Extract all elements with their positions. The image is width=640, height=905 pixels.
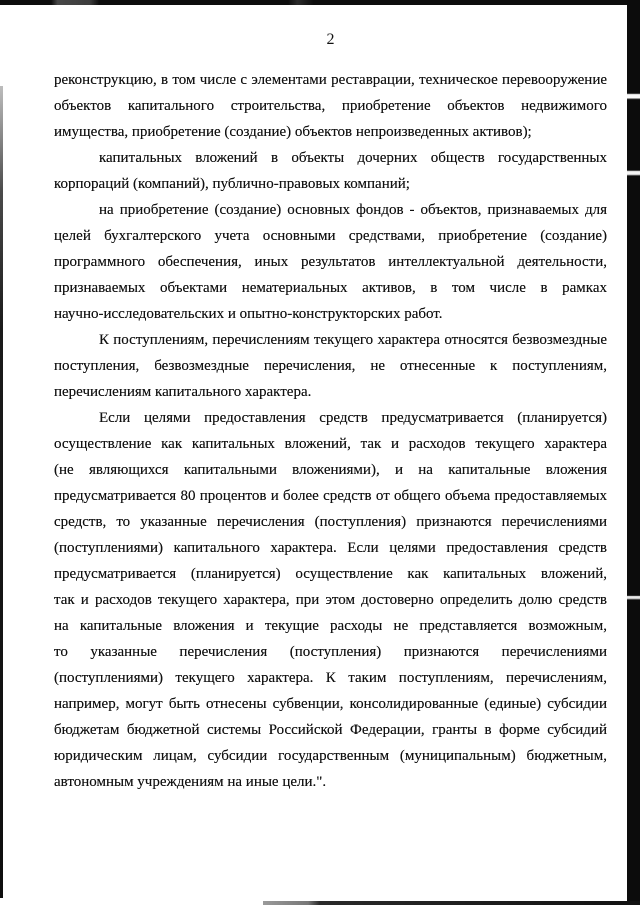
text-line: объектов капитального строительства, при… [54, 93, 607, 119]
paragraph: К поступлениям, перечислениям текущего х… [54, 327, 607, 405]
scan-edge-top [0, 0, 640, 5]
text-line: целей бухгалтерского учета основными сре… [54, 223, 607, 249]
text-line: научно-исследовательских и опытно-констр… [54, 301, 607, 327]
text-line: бюджетам бюджетной системы Российской Фе… [54, 717, 607, 743]
text-line: (поступлениями) капитального характера. … [54, 535, 607, 561]
text-line: имущества, приобретение (создание) объек… [54, 119, 607, 145]
text-line: то указанные перечисления (поступления) … [54, 639, 607, 665]
text-line: корпораций (компаний), публично-правовых… [54, 171, 607, 197]
text-line: (поступлениями) текущего характера. К та… [54, 665, 607, 691]
scan-edge-right [627, 0, 640, 905]
text-line: средств, то указанные перечисления (пост… [54, 509, 607, 535]
text-line: Если целями предоставления средств преду… [54, 405, 607, 431]
text-line: капитальных вложений в объекты дочерних … [54, 145, 607, 171]
document-body: реконструкцию, в том числе с элементами … [54, 67, 607, 795]
paragraph: Если целями предоставления средств преду… [54, 405, 607, 795]
text-line: поступления, безвозмездные перечисления,… [54, 353, 607, 379]
text-line: например, могут быть отнесены субвенции,… [54, 691, 607, 717]
scan-edge-left [0, 86, 3, 898]
text-line: реконструкцию, в том числе с элементами … [54, 67, 607, 93]
page-number: 2 [54, 30, 607, 50]
text-line: на капитальные вложения и текущие расход… [54, 613, 607, 639]
text-line: автономным учреждениям на иные цели.". [54, 769, 607, 795]
paragraph: капитальных вложений в объекты дочерних … [54, 145, 607, 197]
text-line: перечислениям капитального характера. [54, 379, 607, 405]
paragraph: на приобретение (создание) основных фонд… [54, 197, 607, 327]
text-line: предусматривается 80 процентов и более с… [54, 483, 607, 509]
text-line: осуществление как капитальных вложений, … [54, 431, 607, 457]
scanned-document-page: 2 реконструкцию, в том числе с элементам… [0, 0, 640, 905]
text-line: предусматривается (планируется) осуществ… [54, 561, 607, 587]
text-line: (не являющихся капитальными вложениями),… [54, 457, 607, 483]
text-line: так и расходов текущего характера, при э… [54, 587, 607, 613]
text-line: признаваемых объектами нематериальных ак… [54, 275, 607, 301]
paragraph: реконструкцию, в том числе с элементами … [54, 67, 607, 145]
text-line: юридическим лицам, субсидии государствен… [54, 743, 607, 769]
scan-edge-bottom [263, 901, 640, 905]
text-line: программного обеспечения, иных результат… [54, 249, 607, 275]
text-line: К поступлениям, перечислениям текущего х… [54, 327, 607, 353]
text-line: на приобретение (создание) основных фонд… [54, 197, 607, 223]
